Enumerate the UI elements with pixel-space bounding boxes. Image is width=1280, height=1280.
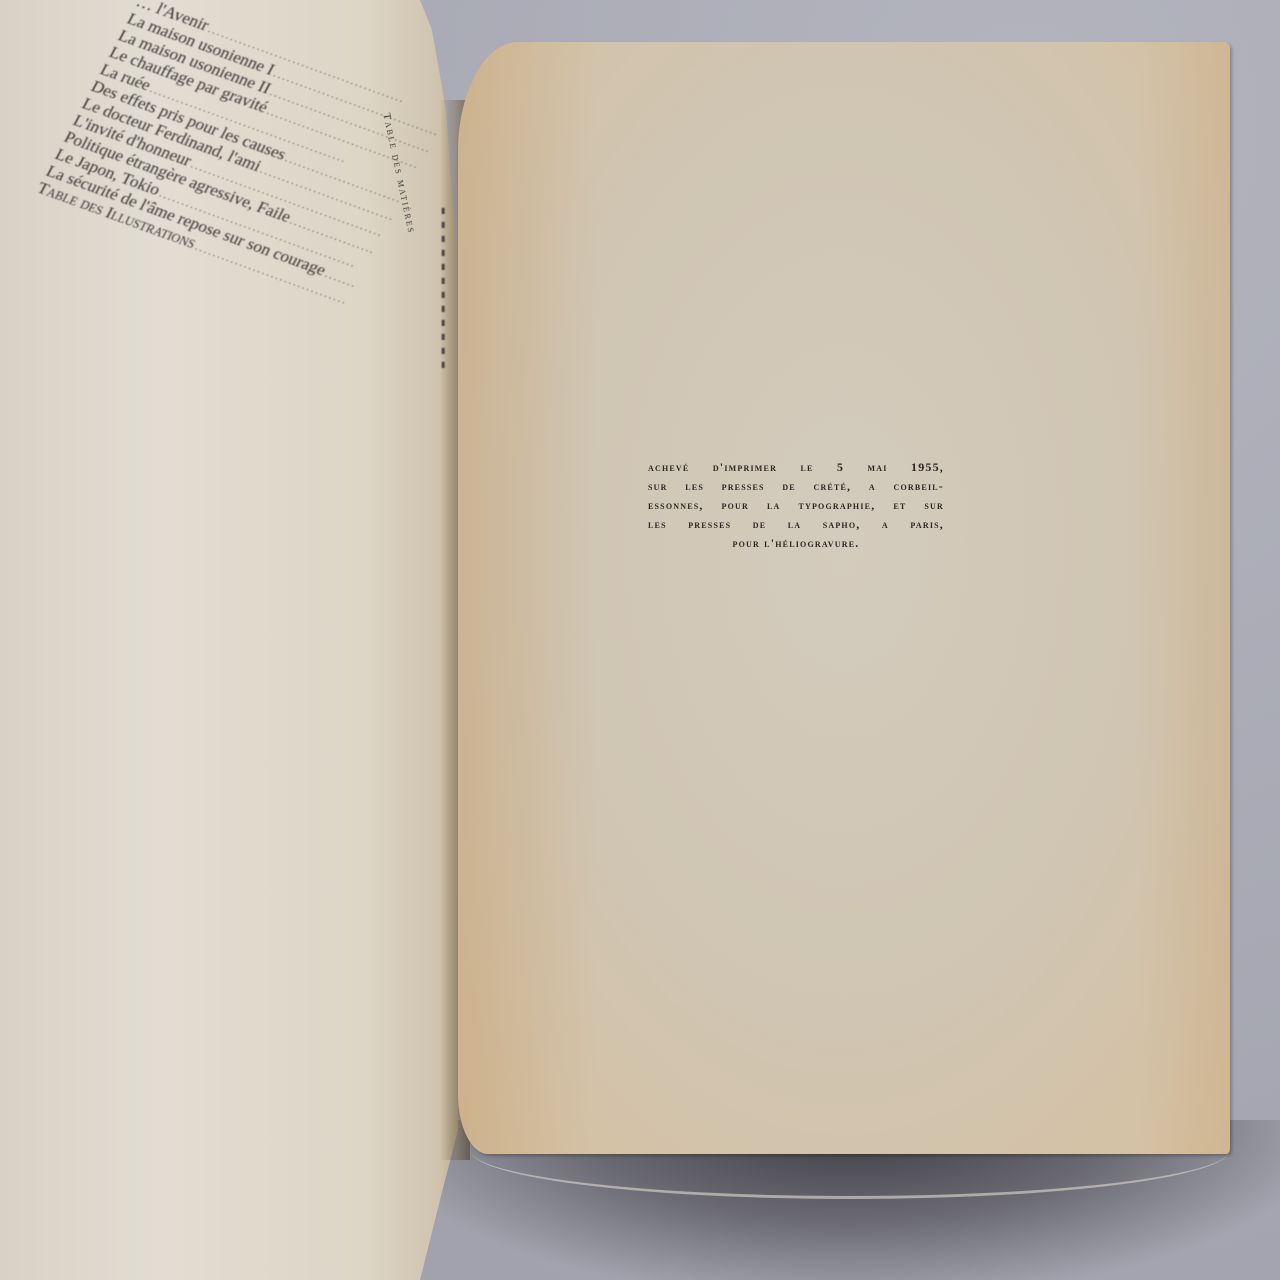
colophon-line: sur les presses de Crété, a Corbeil- [648, 477, 944, 496]
colophon: Achevé d'imprimer le 5 mai 1955, sur les… [648, 458, 944, 553]
page-number-mark: ▮ [441, 288, 451, 302]
page-number-mark: ▮ [441, 204, 451, 218]
page-number-mark: ▮ [441, 358, 451, 372]
page-number-mark: ▮ [441, 218, 451, 232]
right-page [458, 42, 1230, 1154]
colophon-line: pour l'héliogravure. [648, 534, 944, 553]
page-number-mark: ▮ [441, 344, 451, 358]
page-number-mark: ▮ [441, 330, 451, 344]
page-number-mark: ▮ [441, 260, 451, 274]
toc-page-numbers: ▮ ▮ ▮ ▮ ▮ ▮ ▮ ▮ ▮ ▮ ▮ ▮ [441, 204, 451, 372]
page-number-mark: ▮ [441, 274, 451, 288]
page-number-mark: ▮ [441, 302, 451, 316]
colophon-line: Essonnes, pour la typographie, et sur [648, 496, 944, 515]
colophon-line: les presses de la Sapho, a Paris, [648, 515, 944, 534]
page-number-mark: ▮ [441, 232, 451, 246]
page-number-mark: ▮ [441, 316, 451, 330]
page-number-mark: ▮ [441, 246, 451, 260]
colophon-line: Achevé d'imprimer le 5 mai 1955, [648, 458, 944, 477]
